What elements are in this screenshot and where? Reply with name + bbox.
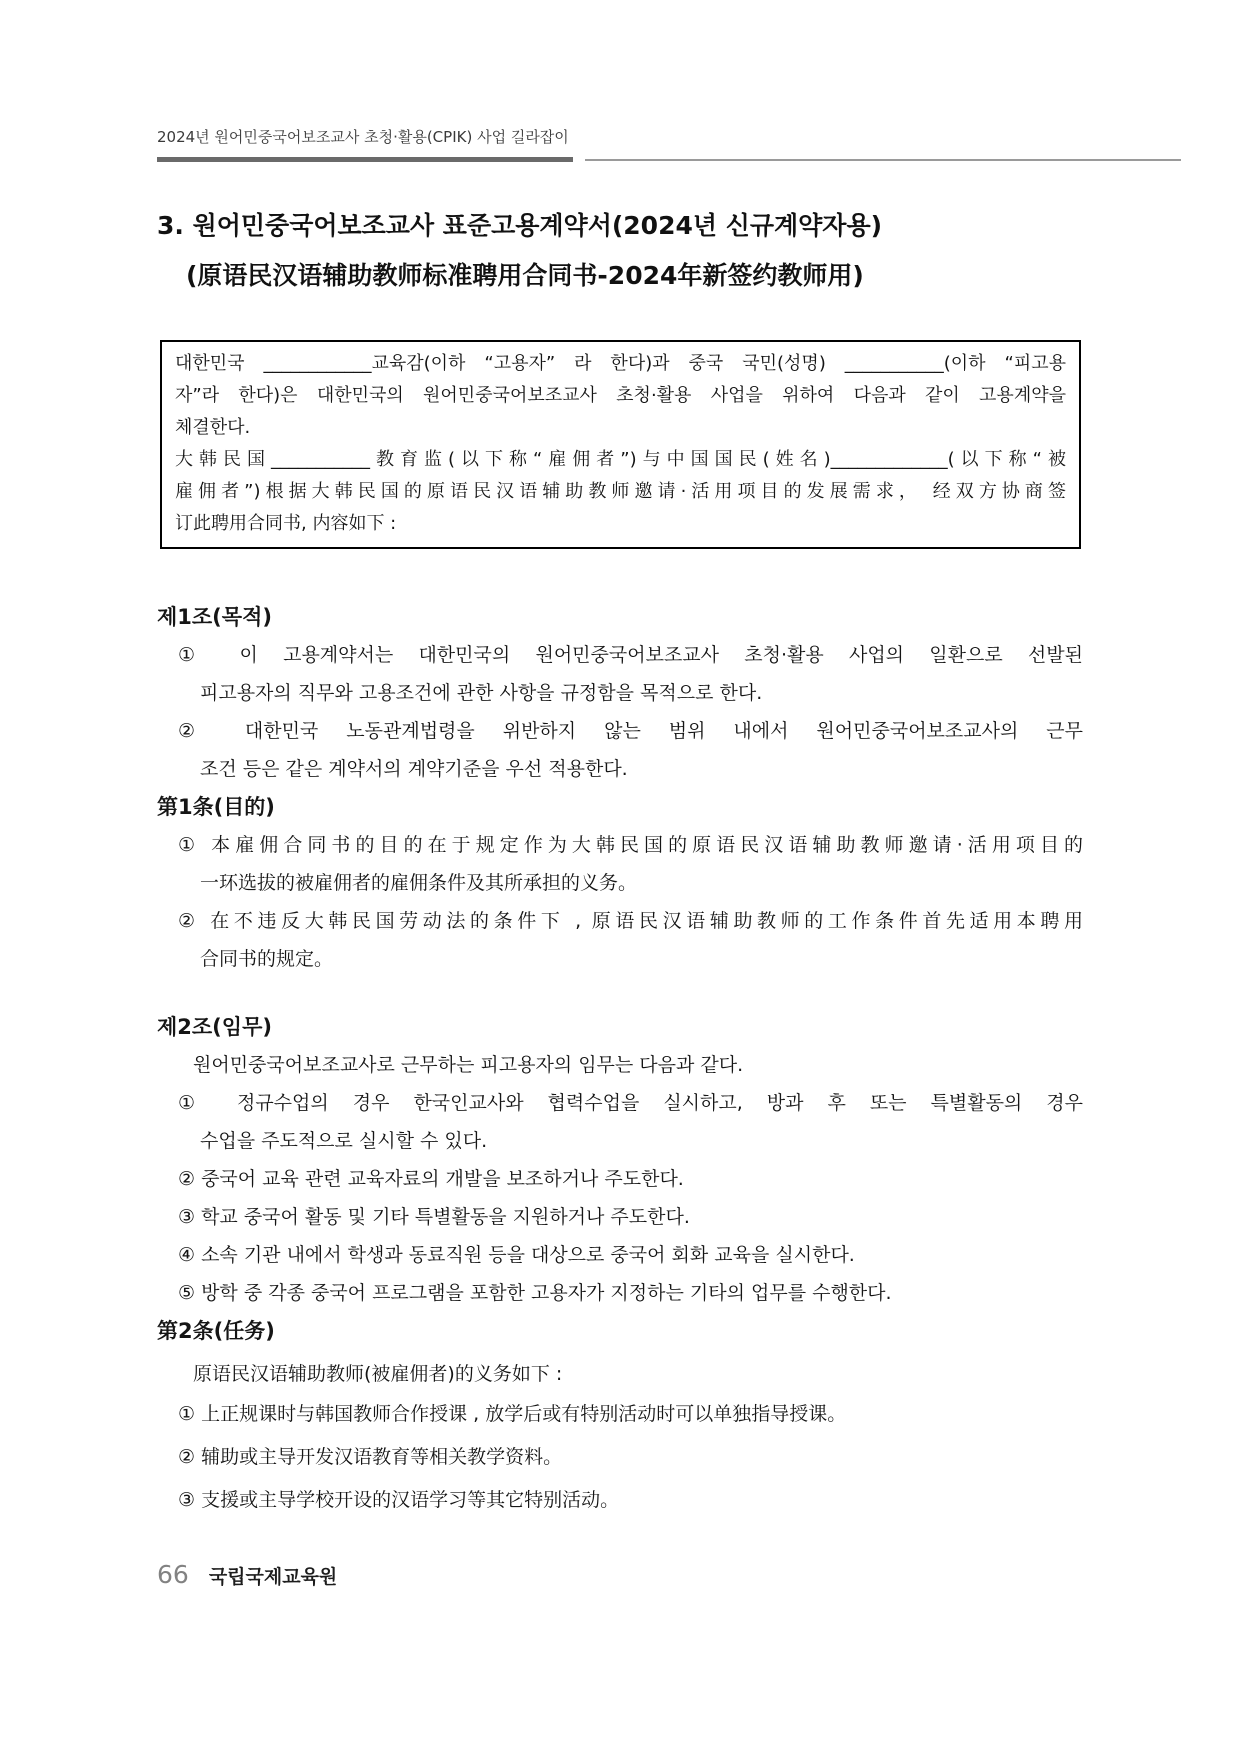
text-line: ③ 支援或主导学校开设的汉语学习等其它特别活动。 xyxy=(157,1479,1083,1522)
running-header: 2024년 원어민중국어보조교사 초청·활용(CPIK) 사업 길라잡이 xyxy=(157,126,569,147)
text-line: ④ 소속 기관 내에서 학생과 동료직원 등을 대상으로 중국어 회화 교육을 … xyxy=(157,1236,1083,1274)
text-line: 第1条(目的) xyxy=(157,788,1083,826)
text-line: 피고용자의 직무와 고용조건에 관한 사항을 규정함을 목적으로 한다. xyxy=(157,674,1083,712)
text-line: 대한민국 ____________교육감(이하 “고용자” 라 한다)과 중국 … xyxy=(175,348,1066,380)
section-article-2: 제2조(임무)원어민중국어보조교사로 근무하는 피고용자의 임무는 다음과 같다… xyxy=(157,1008,1083,1522)
text-line: ① 정규수업의 경우 한국인교사와 협력수업을 실시하고, 방과 후 또는 특별… xyxy=(157,1084,1083,1122)
page-footer: 66 국립국제교육원 xyxy=(157,1560,337,1589)
text-line: 제1조(목적) xyxy=(157,598,1083,636)
text-line: ① 上正规课时与韩国教师合作授课 , 放学后或有特别活动时可以单独指导授课。 xyxy=(157,1393,1083,1436)
text-line: ② 辅助或主导开发汉语教育等相关教学资料。 xyxy=(157,1436,1083,1479)
document-page: 2024년 원어민중국어보조교사 초청·활용(CPIK) 사업 길라잡이 3. … xyxy=(0,0,1240,1753)
text-line: 원어민중국어보조교사로 근무하는 피고용자의 임무는 다음과 같다. xyxy=(157,1046,1083,1084)
page-subtitle: (原语民汉语辅助教师标准聘用合同书-2024年新签约教师用) xyxy=(186,256,864,292)
header-rule-thin xyxy=(585,159,1181,161)
text-line: 雇佣者”)根据大韩民国的原语民汉语辅助教师邀请·活用项目的发展需求， 经双方协商… xyxy=(175,476,1066,508)
section-article-1: 제1조(목적)① 이 고용계약서는 대한민국의 원어민중국어보조교사 초청·활용… xyxy=(157,598,1083,978)
text-line: ② 在不违反大韩民国劳动法的条件下 , 原语民汉语辅助教师的工作条件首先适用本聘… xyxy=(157,902,1083,940)
page-number: 66 xyxy=(157,1560,189,1589)
text-line: ① 이 고용계약서는 대한민국의 원어민중국어보조교사 초청·활용 사업의 일환… xyxy=(157,636,1083,674)
text-line: 大韩民国___________教育监(以下称“雇佣者”)与中国国民(姓名)___… xyxy=(175,444,1066,476)
text-line: ① 本雇佣合同书的目的在于规定作为大韩民国的原语民汉语辅助教师邀请·活用项目的 xyxy=(157,826,1083,864)
text-line: ② 중국어 교육 관련 교육자료의 개발을 보조하거나 주도한다. xyxy=(157,1160,1083,1198)
text-line: ③ 학교 중국어 활동 및 기타 특별활동을 지원하거나 주도한다. xyxy=(157,1198,1083,1236)
text-line: 제2조(임무) xyxy=(157,1008,1083,1046)
text-line: 合同书的规定。 xyxy=(157,940,1083,978)
organization-name: 국립국제교육원 xyxy=(209,1562,337,1589)
text-line: 第2条(任务) xyxy=(157,1312,1083,1350)
contract-intro-box: 대한민국 ____________교육감(이하 “고용자” 라 한다)과 중국 … xyxy=(160,340,1081,549)
text-line: ② 대한민국 노동관계법령을 위반하지 않는 범위 내에서 원어민중국어보조교사… xyxy=(157,712,1083,750)
text-line: 수업을 주도적으로 실시할 수 있다. xyxy=(157,1122,1083,1160)
text-line: 原语民汉语辅助教师(被雇佣者)的义务如下 : xyxy=(157,1355,1083,1393)
text-line: ⑤ 방학 중 각종 중국어 프로그램을 포함한 고용자가 지정하는 기타의 업무… xyxy=(157,1274,1083,1312)
text-line: 一环选拔的被雇佣者的雇佣条件及其所承担的义务。 xyxy=(157,864,1083,902)
header-rule-thick xyxy=(157,157,573,162)
text-line: 订此聘用合同书, 内容如下 : xyxy=(175,508,1066,540)
text-line: 자”라 한다)은 대한민국의 원어민중국어보조교사 초청·활용 사업을 위하여 … xyxy=(175,380,1066,412)
text-line: 조건 등은 같은 계약서의 계약기준을 우선 적용한다. xyxy=(157,750,1083,788)
text-line: 체결한다. xyxy=(175,412,1066,444)
page-title: 3. 원어민중국어보조교사 표준고용계약서(2024년 신규계약자용) xyxy=(157,206,882,242)
